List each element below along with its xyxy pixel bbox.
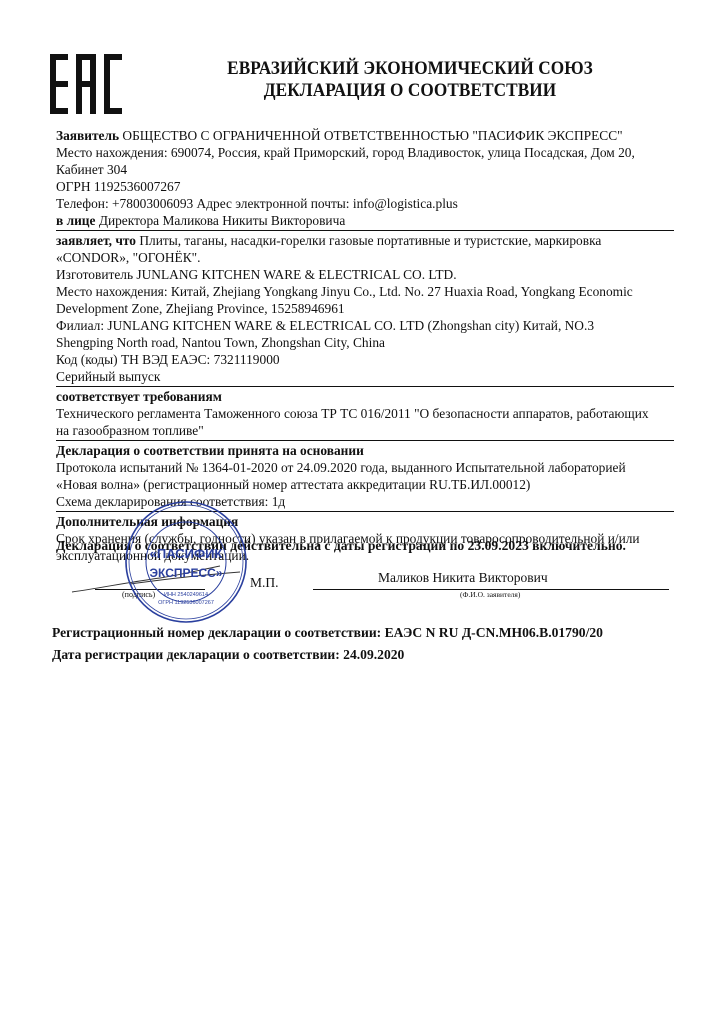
- svg-text:ИНН 2540249614: ИНН 2540249614: [164, 592, 208, 598]
- svg-text:ОГРН 1192536007267: ОГРН 1192536007267: [158, 600, 214, 606]
- declares-section: заявляет, что Плиты, таганы, насадки-гор…: [56, 230, 674, 385]
- branch: Филиал: JUNLANG KITCHEN WARE & ELECTRICA…: [56, 317, 674, 334]
- title-declaration: ДЕКЛАРАЦИЯ О СООТВЕТСТВИИ: [178, 80, 643, 102]
- signatory-name: Маликов Никита Викторович: [378, 570, 548, 586]
- tn-ved-code: Код (коды) ТН ВЭД ЕАЭС: 7321119000: [56, 351, 674, 368]
- document-title: ЕВРАЗИЙСКИЙ ЭКОНОМИЧЕСКИЙ СОЮЗ ДЕКЛАРАЦИ…: [178, 58, 643, 102]
- company-stamp: «ПАСИФИК ЭКСПРЕСС» ИНН 2540249614 ОГРН 1…: [122, 498, 250, 626]
- eac-logo: [50, 54, 122, 114]
- serial-release: Серийный выпуск: [56, 368, 674, 385]
- svg-text:«ПАСИФИК: «ПАСИФИК: [150, 546, 223, 561]
- manufacturer: Изготовитель JUNLANG KITCHEN WARE & ELEC…: [56, 266, 674, 283]
- applicant-contacts: Телефон: +78003006093 Адрес электронной …: [56, 195, 674, 212]
- applicant-ogrn: ОГРН 1192536007267: [56, 178, 674, 195]
- title-union: ЕВРАЗИЙСКИЙ ЭКОНОМИЧЕСКИЙ СОЮЗ: [178, 58, 643, 80]
- applicant-address-2: Кабинет 304: [56, 161, 674, 178]
- applicant-address: Место нахождения: 690074, Россия, край П…: [56, 144, 674, 161]
- applicant-person: в лице Директора Маликова Никиты Викторо…: [56, 212, 674, 229]
- registration-date: Дата регистрации декларации о соответств…: [52, 644, 603, 666]
- requirements-section: соответствует требованиям Технического р…: [56, 386, 674, 439]
- registration-info: Регистрационный номер декларации о соотв…: [52, 622, 603, 666]
- name-caption: (Ф.И.О. заявителя): [460, 590, 520, 599]
- svg-text:ЭКСПРЕСС»: ЭКСПРЕСС»: [149, 566, 222, 580]
- applicant-line: Заявитель ОБЩЕСТВО С ОГРАНИЧЕННОЙ ОТВЕТС…: [56, 127, 674, 144]
- registration-number: Регистрационный номер декларации о соотв…: [52, 622, 603, 644]
